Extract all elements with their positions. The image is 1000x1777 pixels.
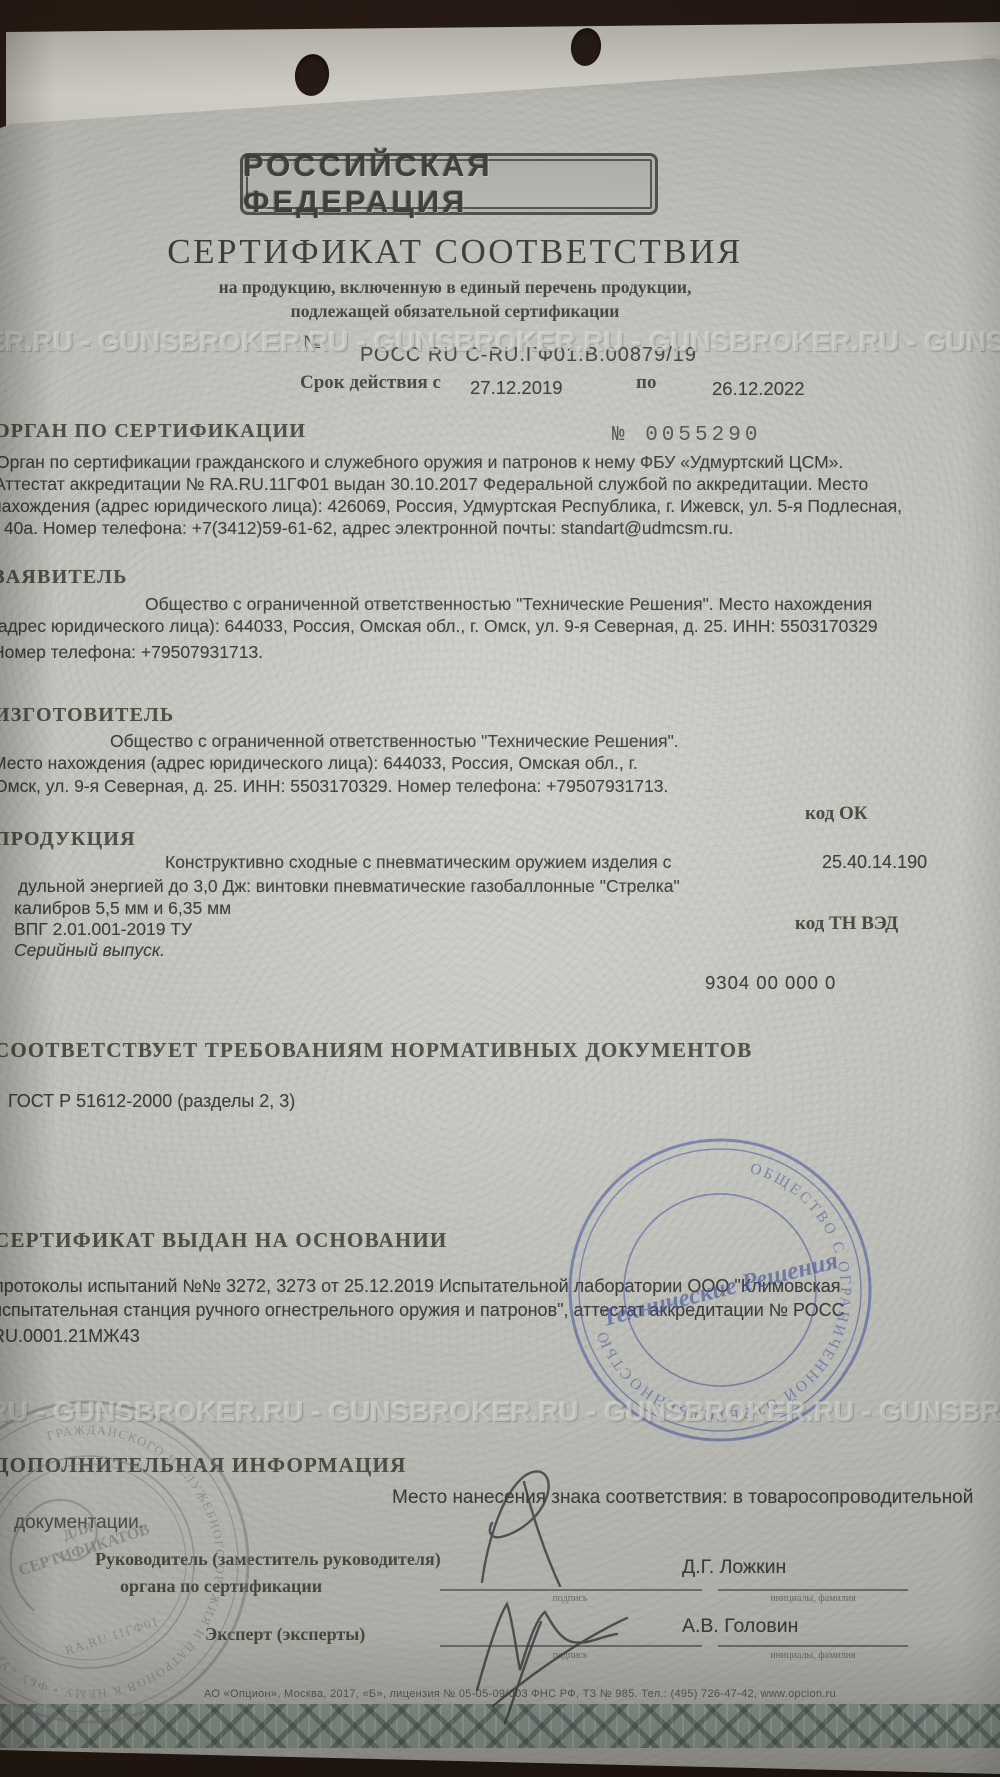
expert-name-line [718, 1645, 908, 1647]
product-line: ВПГ 2.01.001-2019 ТУ [14, 919, 192, 940]
applicant-line: Номер телефона: +79507931713. [0, 642, 263, 663]
certificate-subtitle-2: подлежащей обязательной сертификации [140, 301, 770, 322]
head-name-line [718, 1589, 908, 1591]
head-signature [452, 1462, 642, 1597]
applicant-line: (адрес юридического лица): 644033, Росси… [0, 616, 878, 637]
photo-of-certificate: РОССИЙСКАЯ ФЕДЕРАЦИЯ СЕРТИФИКАТ СООТВЕТС… [0, 0, 1000, 1777]
name-caption: инициалы, фамилия [733, 1593, 893, 1604]
blank-form-number: № 0055290 [612, 424, 761, 447]
head-name: Д.Г. Ложкин [682, 1556, 786, 1579]
section-heading-manufacturer: ИЗГОТОВИТЕЛЬ [0, 704, 174, 727]
tnved-code-value: 9304 00 000 0 [705, 972, 836, 994]
certificate-subtitle-1: на продукцию, включенную в единый перече… [140, 277, 770, 298]
blue-stamp-center-text: Технические Решения [599, 1247, 841, 1332]
gunsbroker-watermark-band-1: KER.RU - GUNSBROKER.RU - GUNSBROKER.RU -… [0, 326, 1000, 358]
name-caption: инициалы, фамилия [733, 1650, 893, 1661]
product-line: дульной энергией до 3,0 Дж: винтовки пне… [18, 876, 680, 897]
manufacturer-line: Место нахождения (адрес юридического лиц… [0, 753, 638, 774]
section-heading-basis: СЕРТИФИКАТ ВЫДАН НА ОСНОВАНИИ [0, 1228, 447, 1253]
section-heading-conformity: СООТВЕТСТВУЕТ ТРЕБОВАНИЯМ НОРМАТИВНЫХ ДО… [0, 1038, 752, 1063]
section-heading-org: ОРГАН ПО СЕРТИФИКАЦИИ [0, 420, 306, 443]
ok-code-label: код ОК [805, 803, 868, 825]
section-heading-applicant: ЗАЯВИТЕЛЬ [0, 566, 128, 589]
basis-line: RU.0001.21МЖ43 [0, 1326, 140, 1347]
certificate-title: СЕРТИФИКАТ СООТВЕТСТВИЯ [140, 232, 770, 272]
org-line: Орган по сертификации гражданского и слу… [0, 452, 843, 473]
tnved-code-label: код ТН ВЭД [795, 913, 898, 935]
product-line: Серийный выпуск. [14, 940, 165, 961]
applicant-line: Общество с ограниченной ответственностью… [145, 594, 872, 615]
org-line: нахождения (адрес юридического лица): 42… [0, 496, 902, 517]
manufacturer-line: Общество с ограниченной ответственностью… [110, 731, 679, 752]
expert-name: А.В. Головин [682, 1615, 798, 1638]
manufacturer-line: Омск, ул. 9-я Северная, д. 25. ИНН: 5503… [0, 776, 668, 797]
validity-to-label: по [636, 372, 656, 394]
validity-from-date: 27.12.2019 [470, 377, 563, 399]
validity-from-label: Срок действия с [300, 372, 441, 394]
expert-signature [455, 1578, 665, 1728]
standard-reference: ГОСТ Р 51612-2000 (разделы 2, 3) [8, 1091, 295, 1112]
ok-code-value: 25.40.14.190 [822, 852, 927, 873]
federation-banner: РОССИЙСКАЯ ФЕДЕРАЦИЯ [240, 153, 658, 215]
validity-to-date: 26.12.2022 [712, 378, 805, 400]
org-line: Аттестат аккредитации № RA.RU.11ГФ01 выд… [0, 474, 868, 495]
product-line: калибров 5,5 мм и 6,35 мм [14, 898, 231, 919]
federation-banner-text: РОССИЙСКАЯ ФЕДЕРАЦИЯ [243, 148, 655, 220]
org-line: д. 40а. Номер телефона: +7(3412)59-61-62… [0, 518, 733, 539]
section-heading-product: ПРОДУКЦИЯ [0, 828, 136, 851]
gunsbroker-watermark-band-2: RU - GUNSBROKER.RU - GUNSBROKER.RU - GUN… [0, 1396, 1000, 1428]
product-line: Конструктивно сходные с пневматическим о… [165, 852, 671, 873]
